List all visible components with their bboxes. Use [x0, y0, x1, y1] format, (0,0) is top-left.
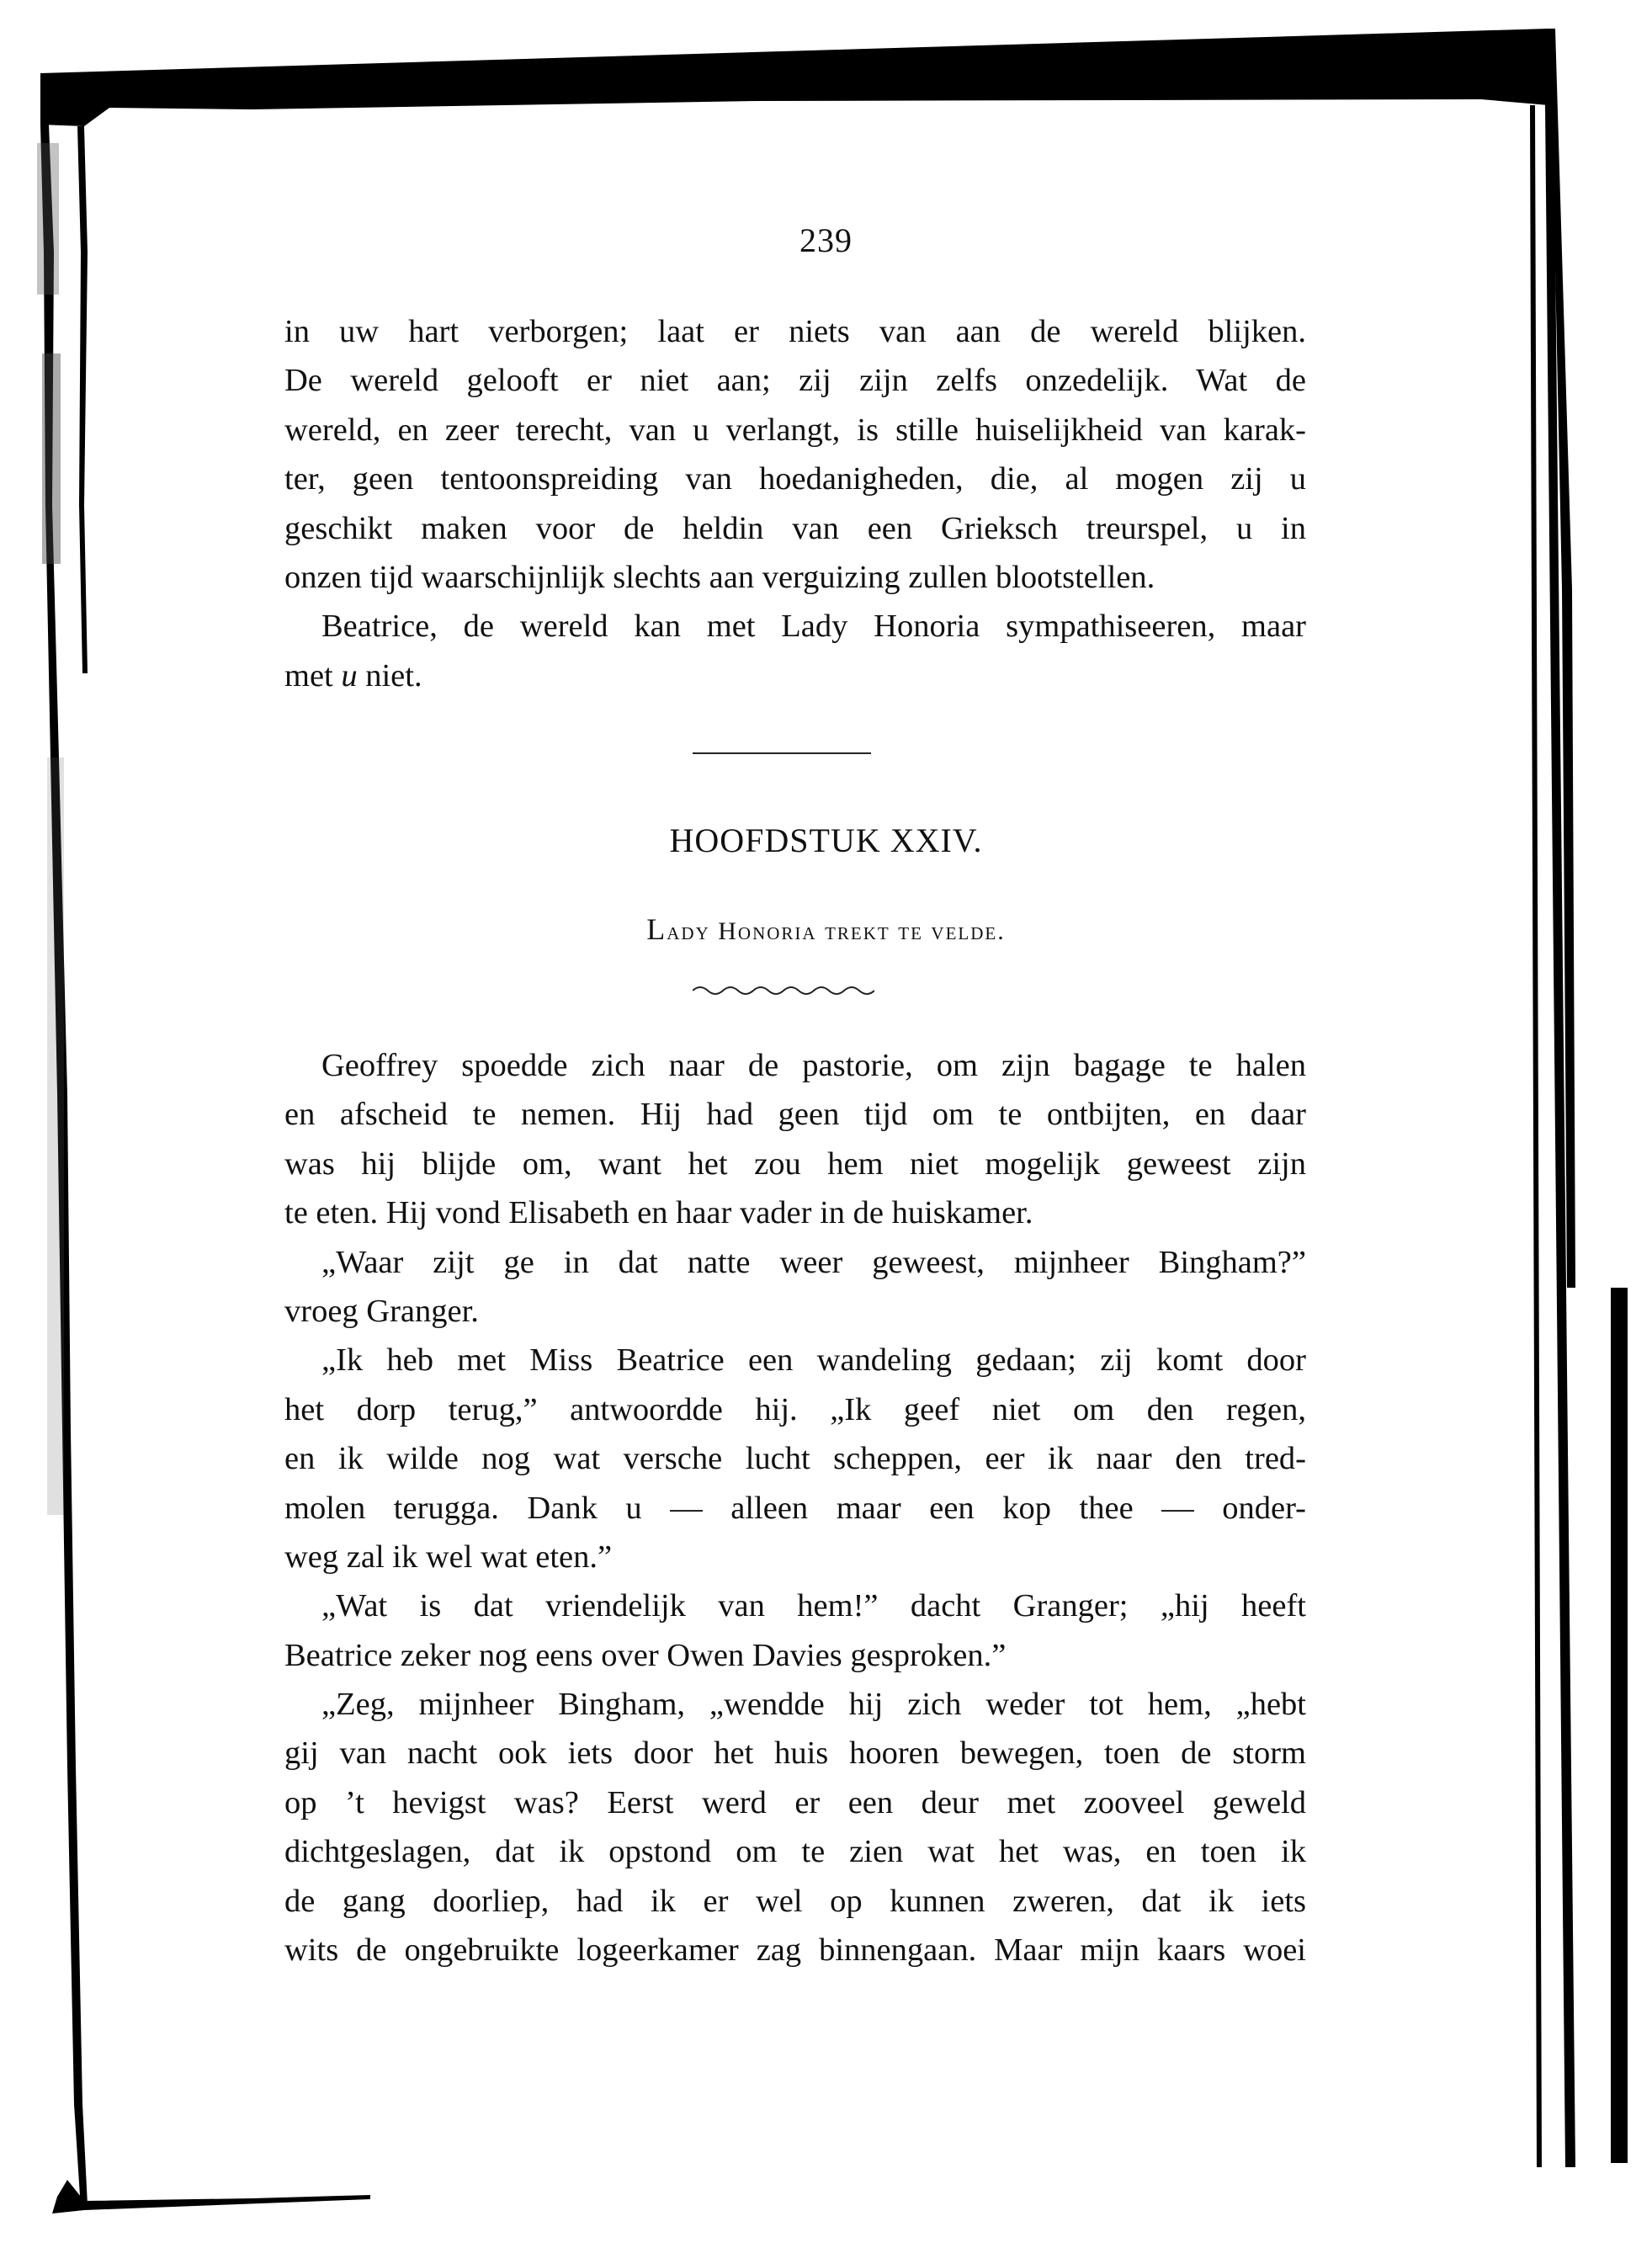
text-line: Beatrice, de wereld kan met Lady Honoria… [284, 602, 1306, 651]
text-line: „Ik heb met Miss Beatrice een wandeling … [284, 1336, 1306, 1384]
text-line: de gang doorliep, had ik er wel op kunne… [284, 1877, 1306, 1926]
text-line: vroeg Granger. [284, 1287, 1306, 1336]
text-line: weg zal ik wel wat eten.” [284, 1533, 1306, 1581]
text-line: molen terugga. Dank u — alleen maar een … [284, 1484, 1306, 1533]
chapter-title: HOOFDSTUK XXIV. [0, 821, 1652, 860]
text-line: geschikt maken voor de heldin van een Gr… [284, 504, 1306, 553]
text-line: „Wat is dat vriendelijk van hem!” dacht … [284, 1581, 1306, 1630]
text-line: „Waar zijt ge in dat natte weer geweest,… [284, 1238, 1306, 1287]
text-line: wits de ongebruikte logeerkamer zag binn… [284, 1926, 1306, 1974]
chapter-body-text: Geoffrey spoedde zich naar de pastorie, … [284, 1041, 1306, 1974]
text-line: dichtgeslagen, dat ik opstond om te zien… [284, 1827, 1306, 1876]
text-line: gij van nacht ook iets door het huis hoo… [284, 1729, 1306, 1778]
text-line: in uw hart verborgen; laat er niets van … [284, 307, 1306, 356]
italic-emphasis: u [341, 658, 357, 694]
text-line: wereld, en zeer terecht, van u verlangt,… [284, 406, 1306, 454]
text-line: ter, geen tentoonspreiding van hoedanigh… [284, 454, 1306, 503]
text-line: en ik wilde nog wat versche lucht schepp… [284, 1434, 1306, 1483]
page-number: 239 [0, 221, 1652, 260]
text-line: Beatrice zeker nog eens over Owen Davies… [284, 1631, 1306, 1680]
text-line: „Zeg, mijnheer Bingham, „wendde hij zich… [284, 1680, 1306, 1729]
text-line: Geoffrey spoedde zich naar de pastorie, … [284, 1041, 1306, 1090]
text-line: De wereld gelooft er niet aan; zij zijn … [284, 356, 1306, 405]
text-line: op ’t hevigst was? Eerst werd er een deu… [284, 1778, 1306, 1827]
text-line: te eten. Hij vond Elisabeth en haar vade… [284, 1188, 1306, 1237]
text-line: onzen tijd waarschijnlijk slechts aan ve… [284, 553, 1306, 602]
text-line: was hij blijde om, want het zou hem niet… [284, 1140, 1306, 1188]
continuation-text: in uw hart verborgen; laat er niets van … [284, 307, 1306, 700]
section-rule [693, 752, 871, 754]
text-line: met u niet. [284, 651, 1306, 700]
wavy-ornament-icon [693, 981, 874, 997]
text-line: het dorp terug,” antwoordde hij. „Ik gee… [284, 1385, 1306, 1434]
text-line: en afscheid te nemen. Hij had geen tijd … [284, 1090, 1306, 1139]
chapter-subtitle: Lady Honoria trekt te velde. [0, 911, 1652, 947]
